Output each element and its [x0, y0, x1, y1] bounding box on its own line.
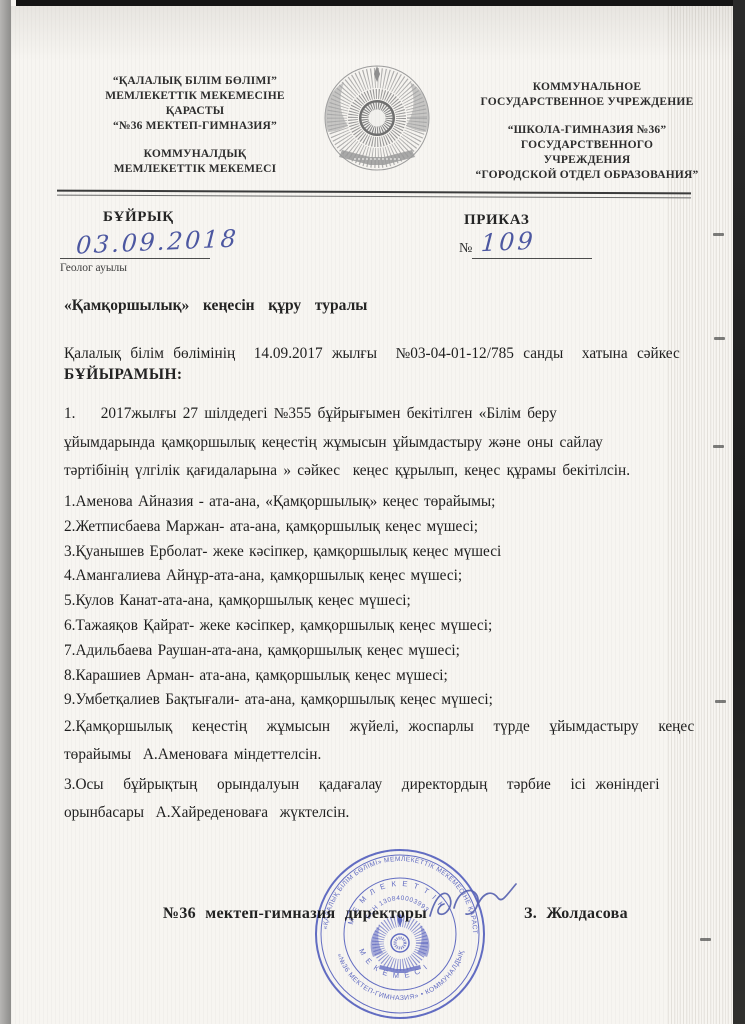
- order-item-1: 1. 2017жылғы 27 шілдедегі №355 бұйрығыме…: [64, 400, 694, 486]
- org-line: ГОСУДАРСТВЕННОГО: [452, 138, 722, 153]
- council-member-list: 1.Аменова Айназия - ата-ана, «Қамқоршылы…: [64, 490, 704, 713]
- stamp-bin-text: БСН 130840003993: [365, 895, 430, 921]
- item-2-line: төрайымы А.Аменоваға міндеттелсін.: [64, 741, 709, 769]
- org-line: МЕМЛЕКЕТТІК МЕКЕМЕСІНЕ: [80, 89, 310, 104]
- list-item: 8.Карашиев Арман- ата-ана, қамқоршылық к…: [64, 664, 704, 689]
- item-1-line: тәртібінің үлгілік қағидаларына » сәйкес…: [64, 457, 694, 486]
- order-title: «Қамқоршылық» кеңесін құру туралы: [64, 297, 367, 315]
- list-item: 2.Жетписбаева Маржан- ата-ана, қамқоршыл…: [64, 515, 704, 540]
- scan-edge-left: [0, 0, 11, 1024]
- scan-mark: [700, 938, 711, 941]
- scan-mark: [715, 700, 726, 703]
- org-line: ҚАРАСТЫ: [80, 104, 310, 119]
- svg-text:БСН 130840003993: БСН 130840003993: [365, 895, 430, 921]
- org-line: “ҚАЛАЛЫҚ БІЛІМ БӨЛІМІ”: [80, 74, 310, 89]
- scan-mark: [714, 337, 725, 340]
- org-line: КОММУНАЛЬНОЕ: [452, 80, 722, 95]
- director-signature-icon: [426, 880, 520, 930]
- org-line: “ШКОЛА-ГИМНАЗИЯ №36”: [452, 123, 722, 138]
- order-date-handwritten: 03.09.2018: [75, 224, 239, 259]
- item-3-line: 3.Осы бұйрықтың орындалуын қадағалау дир…: [64, 771, 709, 799]
- scanned-order-document: “ҚАЛАЛЫҚ БІЛІМ БӨЛІМІ” МЕМЛЕКЕТТІК МЕКЕМ…: [0, 0, 745, 1024]
- org-name-russian-block: КОММУНАЛЬНОЕ ГОСУДАРСТВЕННОЕ УЧРЕЖДЕНИЕ …: [452, 80, 722, 183]
- org-line: УЧРЕЖДЕНИЯ: [452, 153, 722, 168]
- header-divider-rule: [57, 190, 691, 199]
- org-line: МЕМЛЕКЕТТІК МЕКЕМЕСІ: [80, 162, 310, 177]
- list-item: 7.Адильбаева Раушан-ата-ана, қамқоршылық…: [64, 639, 704, 664]
- item-1-line: ұйымдарында қамқоршылық кеңестің жұмысын…: [64, 429, 694, 458]
- list-item: 5.Кулов Канат-ата-ана, қамқоршылық кеңес…: [64, 589, 704, 614]
- list-item: 3.Қуанышев Ерболат- жеке кәсіпкер, қамқо…: [64, 540, 704, 565]
- date-underline: [60, 258, 210, 259]
- list-item: 1.Аменова Айназия - ата-ана, «Қамқоршылы…: [64, 490, 704, 515]
- order-item-3: 3.Осы бұйрықтың орындалуын қадағалау дир…: [64, 771, 709, 826]
- scan-mark: [713, 233, 724, 236]
- org-line: КОММУНАЛДЫҚ: [80, 147, 310, 162]
- order-number-prefix: №: [459, 241, 472, 257]
- order-label-kazakh: БҰЙРЫҚ: [103, 209, 174, 226]
- kazakhstan-state-emblem-icon: [314, 58, 440, 184]
- order-number-handwritten: 109: [480, 227, 536, 257]
- scan-edge-top: [16, 0, 745, 6]
- intro-line: Қалалық білім бөлімінің 14.09.2017 жылғы…: [64, 341, 680, 367]
- org-name-kazakh-block: “ҚАЛАЛЫҚ БІЛІМ БӨЛІМІ” МЕМЛЕКЕТТІК МЕКЕМ…: [80, 74, 310, 177]
- org-line: “ГОРОДСКОЙ ОТДЕЛ ОБРАЗОВАНИЯ”: [452, 168, 722, 183]
- signature-name: З. Жолдасова: [524, 905, 628, 923]
- org-line: “№36 МЕКТЕП-ГИМНАЗИЯ”: [80, 119, 310, 134]
- list-item: 6.Тажаяқов Қайрат- жеке кәсіпкер, қамқор…: [64, 614, 704, 639]
- item-2-line: 2.Қамқоршылық кеңестің жұмысын жүйелі, ж…: [64, 713, 709, 741]
- org-line: ГОСУДАРСТВЕННОЕ УЧРЕЖДЕНИЕ: [452, 95, 722, 110]
- resolution-word: БҰЙЫРАМЫН:: [64, 366, 182, 384]
- scan-mark: [713, 445, 724, 448]
- list-item: 9.Умбетқалиев Бақтығали- ата-ана, қамқор…: [64, 688, 704, 713]
- number-underline: [472, 258, 592, 259]
- list-item: 4.Амангалиева Айнұр-ата-ана, қамқоршылық…: [64, 564, 704, 589]
- official-round-stamp-icon: «ҚАЛАЛЫҚ БІЛІМ БӨЛІМІ» МЕМЛЕКЕТТІК МЕКЕМ…: [311, 845, 489, 1023]
- item-3-line: орынбасары А.Хайреденоваға жүктелсін.: [64, 799, 709, 827]
- order-label-russian: ПРИКАЗ: [464, 212, 529, 229]
- order-place: Геолог ауылы: [60, 262, 127, 274]
- order-item-2: 2.Қамқоршылық кеңестің жұмысын жүйелі, ж…: [64, 713, 709, 768]
- item-1-line: 1. 2017жылғы 27 шілдедегі №355 бұйрығыме…: [64, 400, 694, 429]
- scan-edge-right: [733, 0, 745, 1024]
